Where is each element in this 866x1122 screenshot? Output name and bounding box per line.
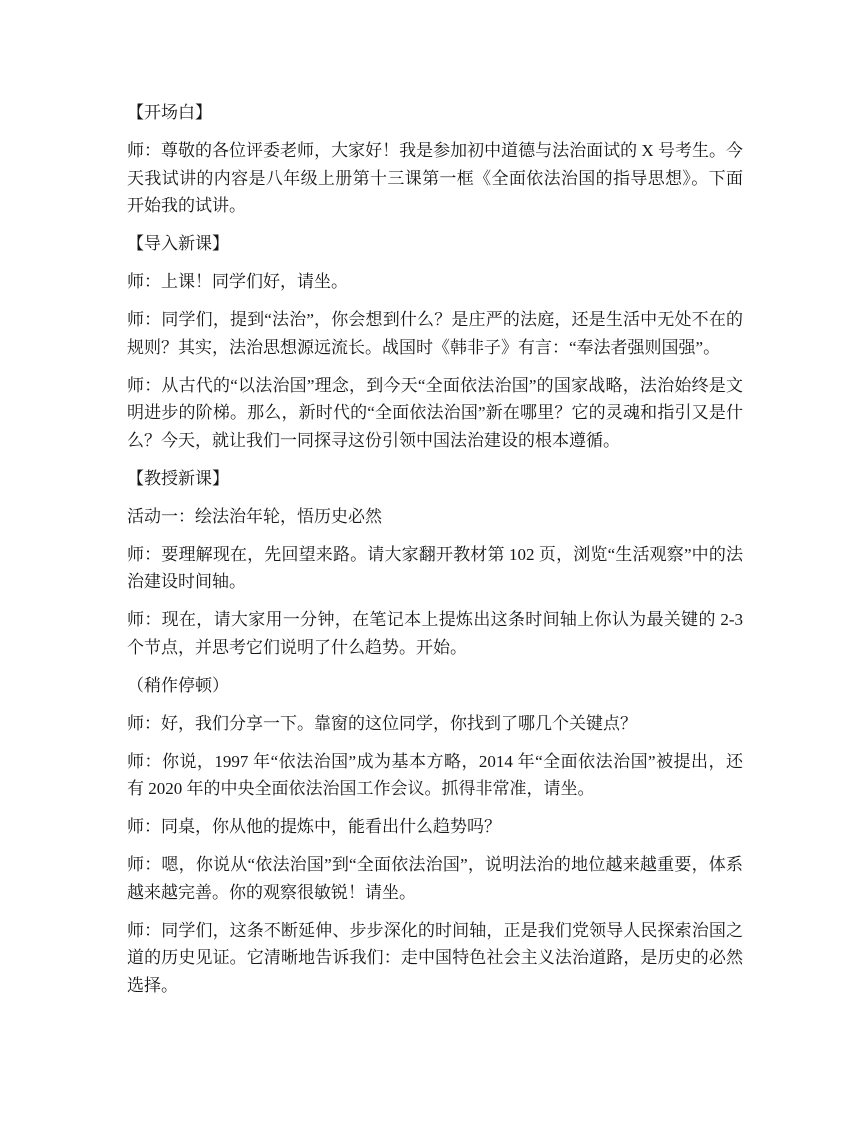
section-heading-opening: 【开场白】 xyxy=(127,99,743,127)
paragraph-ancient-to-modern: 师：从古代的“以法治国”理念，到今天“全面依法治国”的国家战略，法治始终是文明进… xyxy=(127,372,743,455)
section-heading-new-lesson: 【教授新课】 xyxy=(127,465,743,493)
paragraph-summary: 师：同学们，这条不断延伸、步步深化的时间轴，正是我们党领导人民探索治国之道的历史… xyxy=(127,917,743,1000)
paragraph-self-introduction: 师：尊敬的各位评委老师，大家好！我是参加初中道德与法治面试的 X 号考生。今天我… xyxy=(127,137,743,220)
document-body: 【开场白】 师：尊敬的各位评委老师，大家好！我是参加初中道德与法治面试的 X 号… xyxy=(127,99,743,1010)
paragraph-deskmate-answer: 师：嗯，你说从“依法治国”到“全面依法治国”，说明法治的地位越来越重要，体系越来… xyxy=(127,851,743,906)
paragraph-ask-student: 师：好，我们分享一下。靠窗的这位同学，你找到了哪几个关键点？ xyxy=(127,710,743,738)
paragraph-one-minute-task: 师：现在，请大家用一分钟，在笔记本上提炼出这条时间轴上你认为最关键的 2-3 个… xyxy=(127,606,743,661)
activity-one-title: 活动一：绘法治年轮，悟历史必然 xyxy=(127,503,743,531)
paragraph-rule-of-law-intro: 师：同学们，提到“法治”，你会想到什么？是庄严的法庭，还是生活中无处不在的规则？… xyxy=(127,306,743,361)
stage-direction-pause: （稍作停顿） xyxy=(127,672,743,700)
paragraph-open-textbook: 师：要理解现在，先回望来路。请大家翻开教材第 102 页，浏览“生活观察”中的法… xyxy=(127,541,743,596)
paragraph-student-answer: 师：你说，1997 年“依法治国”成为基本方略，2014 年“全面依法治国”被提… xyxy=(127,748,743,803)
paragraph-class-start: 师：上课！同学们好，请坐。 xyxy=(127,268,743,296)
section-heading-lead-in: 【导入新课】 xyxy=(127,230,743,258)
paragraph-ask-deskmate: 师：同桌，你从他的提炼中，能看出什么趋势吗？ xyxy=(127,813,743,841)
document-page: 【开场白】 师：尊敬的各位评委老师，大家好！我是参加初中道德与法治面试的 X 号… xyxy=(0,0,866,1122)
